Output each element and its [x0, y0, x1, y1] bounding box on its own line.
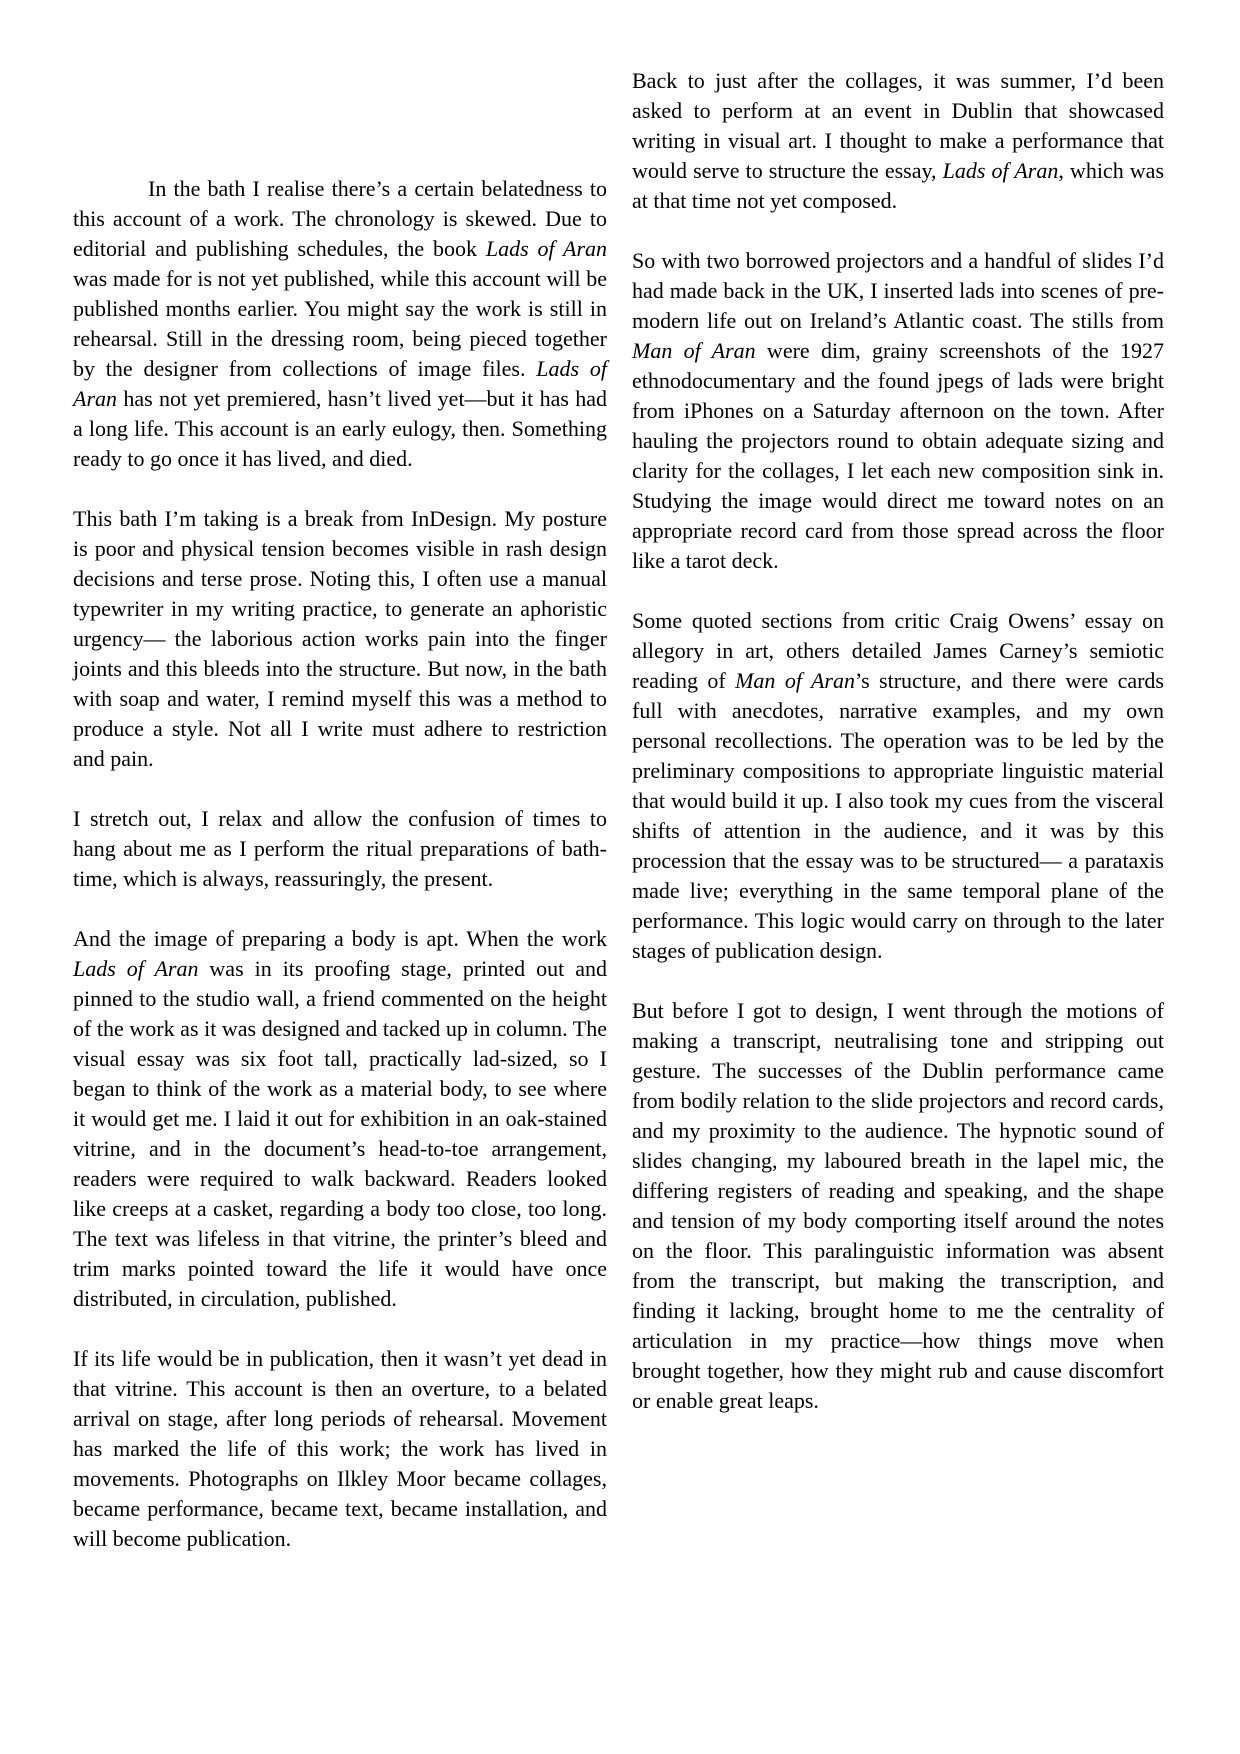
paragraph: So with two borrowed projectors and a ha… — [632, 246, 1164, 576]
work-title: Man of Aran — [632, 338, 756, 363]
paragraph: In the bath I realise there’s a certain … — [73, 174, 607, 474]
paragraph: And the image of preparing a body is apt… — [73, 924, 607, 1314]
body-text: So with two borrowed projectors and a ha… — [632, 248, 1164, 333]
body-text: was made for is not yet published, while… — [73, 266, 607, 381]
body-text: But before I got to design, I went throu… — [632, 998, 1164, 1413]
body-text: If its life would be in publication, the… — [73, 1346, 607, 1551]
work-title: Man of Aran — [735, 668, 855, 693]
left-text-column: In the bath I realise there’s a certain … — [73, 174, 607, 1554]
body-text: has not yet premiered, hasn’t lived yet—… — [73, 386, 607, 471]
paragraph: I stretch out, I relax and allow the con… — [73, 804, 607, 894]
work-title: Lads of Aran — [73, 956, 198, 981]
paragraph: But before I got to design, I went throu… — [632, 996, 1164, 1416]
document-page: In the bath I realise there’s a certain … — [0, 0, 1240, 1754]
body-text: And the image of preparing a body is apt… — [73, 926, 607, 951]
body-text: I stretch out, I relax and allow the con… — [73, 806, 607, 891]
paragraph: This bath I’m taking is a break from InD… — [73, 504, 607, 774]
work-title: Lads of Aran — [486, 236, 607, 261]
work-title: Lads of Aran — [943, 158, 1059, 183]
body-text: was in its proofing stage, printed out a… — [73, 956, 607, 1311]
paragraph: Back to just after the collages, it was … — [632, 66, 1164, 216]
right-text-column: Back to just after the collages, it was … — [632, 66, 1164, 1416]
body-text: were dim, grainy screenshots of the 1927… — [632, 338, 1164, 573]
body-text: This bath I’m taking is a break from InD… — [73, 506, 607, 771]
paragraph: Some quoted sections from critic Craig O… — [632, 606, 1164, 966]
paragraph: If its life would be in publication, the… — [73, 1344, 607, 1554]
body-text: ’s structure, and there were cards full … — [632, 668, 1164, 963]
